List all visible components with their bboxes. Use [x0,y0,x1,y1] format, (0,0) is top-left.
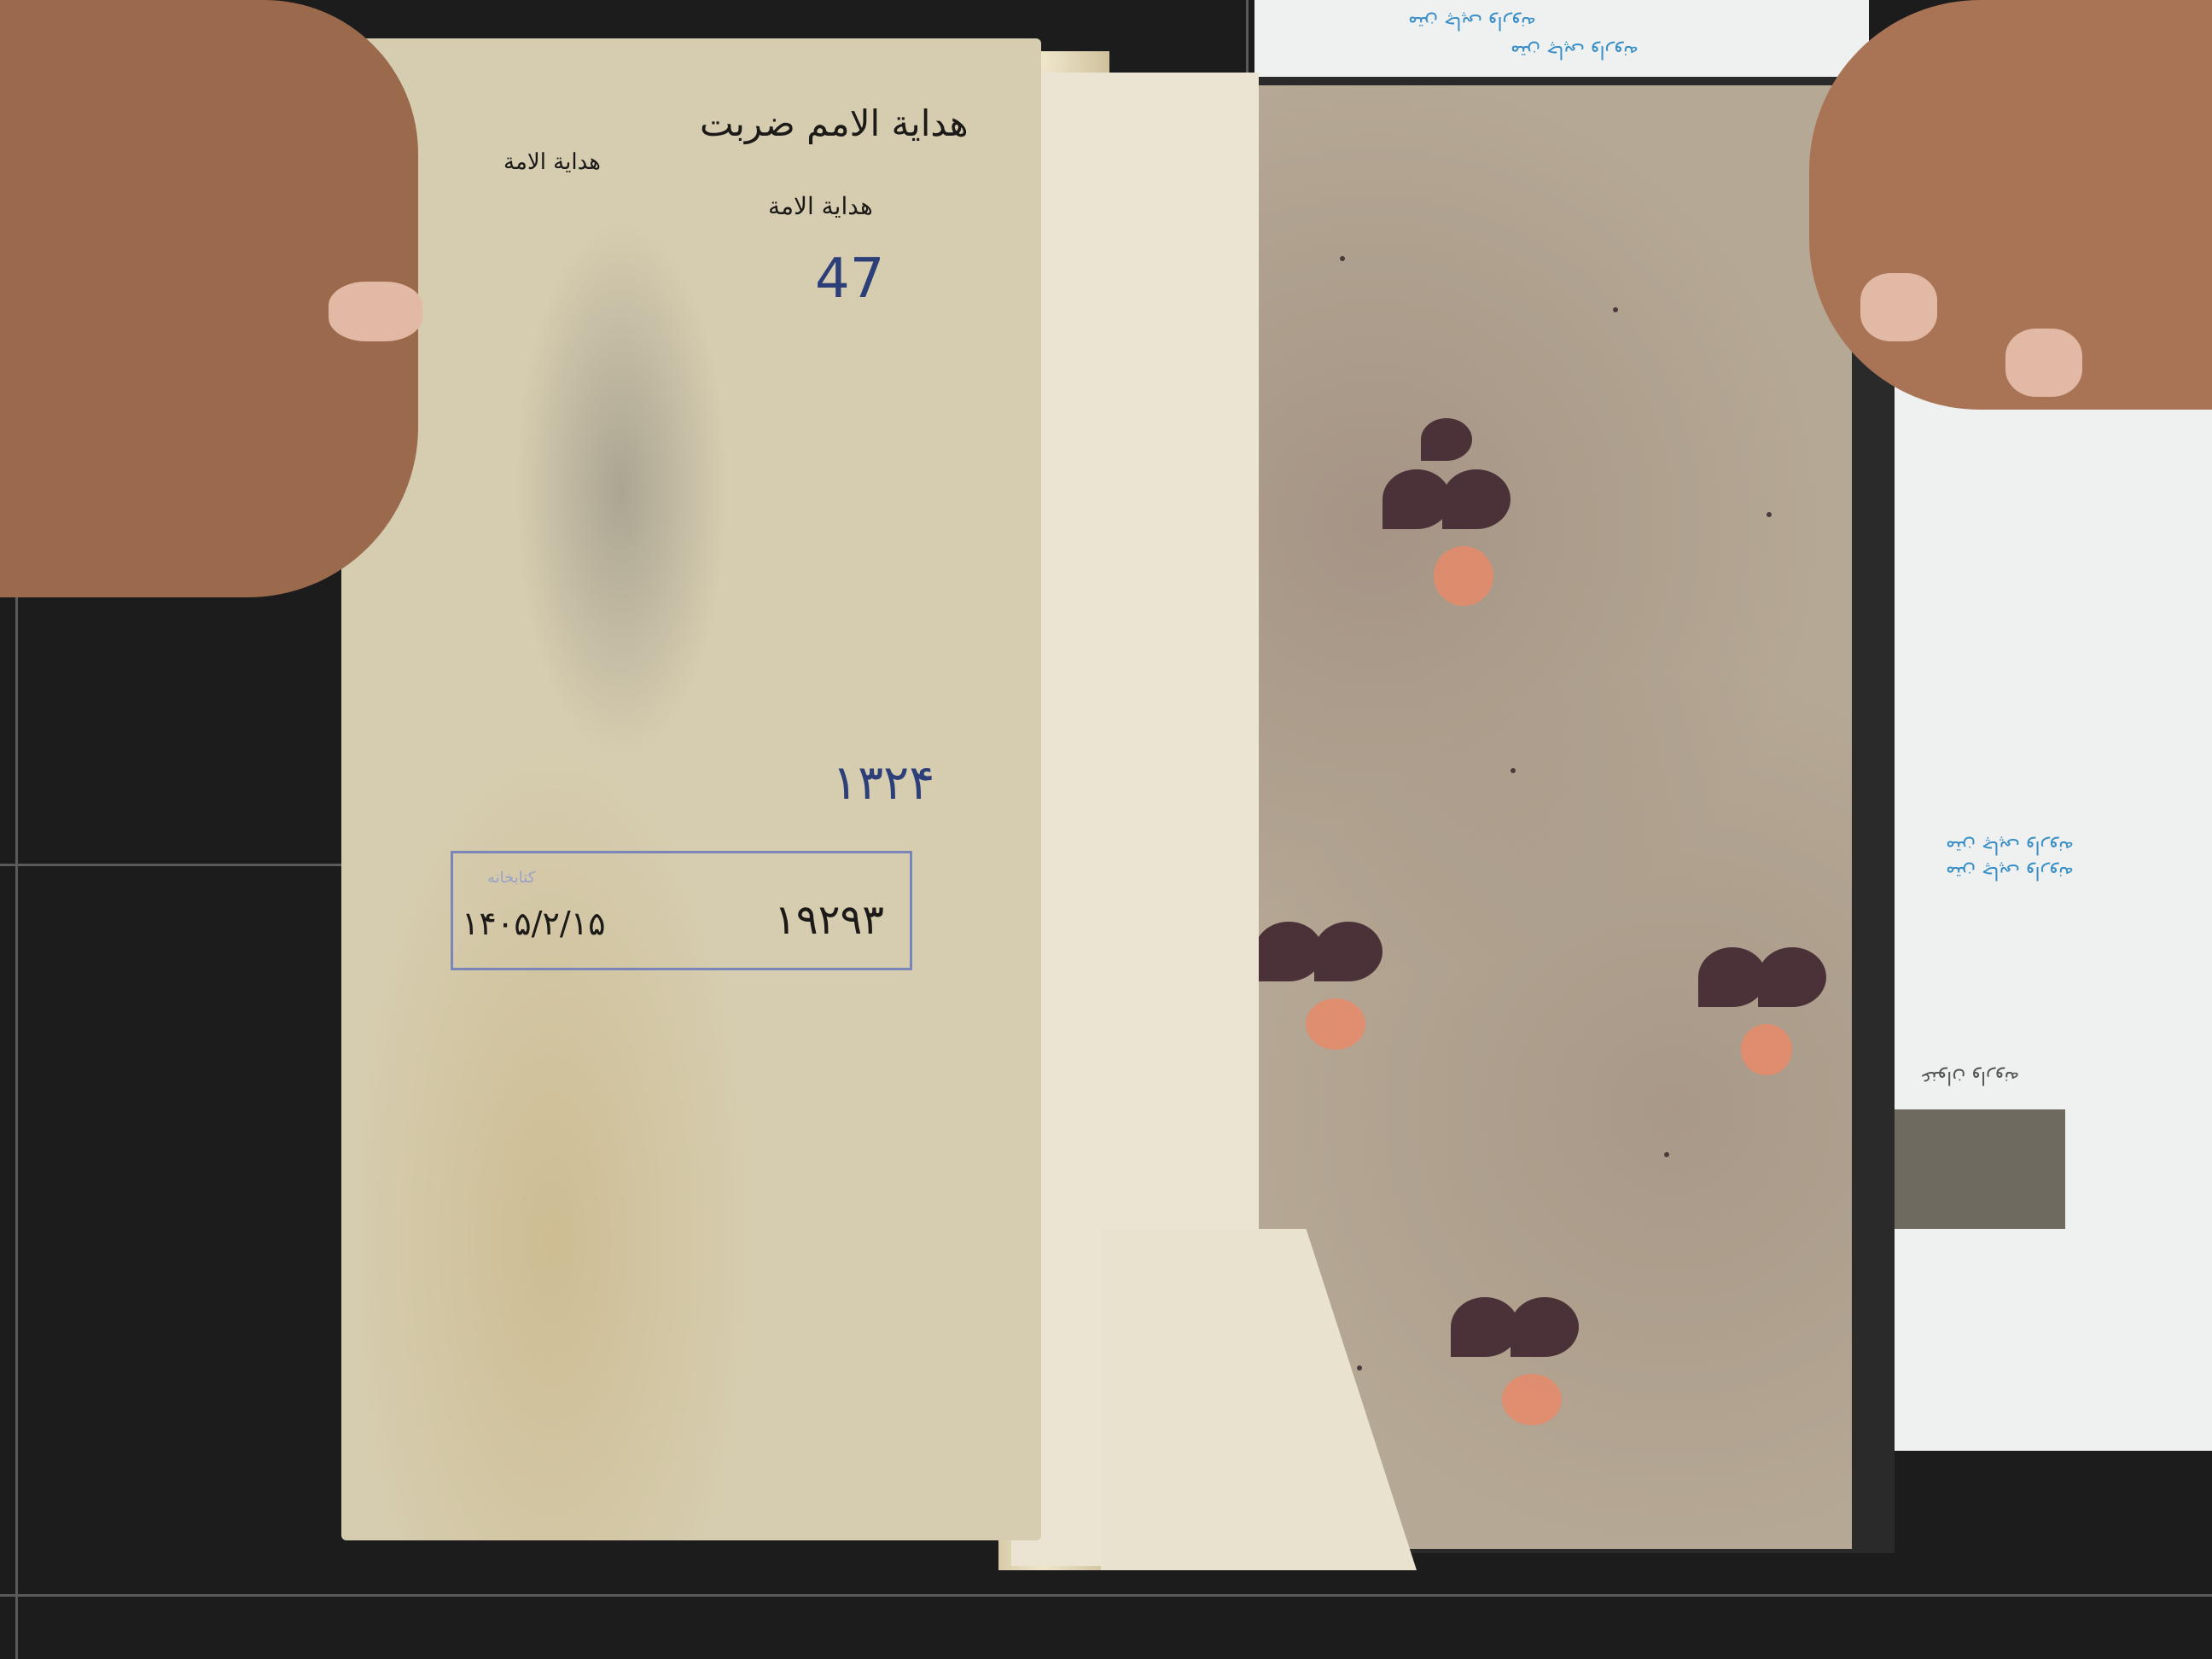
marbled-endpaper [1254,85,1852,1549]
subtitle-inscription: هدایة الامة [768,192,873,220]
left-thumbnail [329,282,422,341]
marbled-flower-motif [1382,418,1519,623]
stamp-date: ۱۴۰۵/۲/۱۵ [462,905,605,942]
printed-line: متن چاپی وارونه [1946,862,2074,883]
marbled-flower-motif [1698,896,1835,1101]
printed-leaflet-top: متن چاپی وارونه متن چاپی وارونه [1254,0,1869,77]
shelf-number: 47 [815,247,884,311]
stamp-header: کتابخانه [487,869,535,887]
printed-line: متن چاپی وارونه [1946,836,2074,858]
grid-line-vertical [1246,0,1249,77]
grid-line-horizontal [0,864,341,866]
marbled-flower-motif [1451,1246,1587,1451]
grid-line-horizontal [0,1594,2212,1597]
stamp-register-number: ۱۹۲۹۳ [774,896,884,944]
title-inscription: هدایة الامم ضربت [700,102,969,144]
marbled-flower-motif [1254,870,1391,1075]
manuscript-page [341,38,1041,1540]
printed-line: متن چاپی وارونه [1408,12,1536,33]
register-number-marginal: ۱۳۲۴ [832,755,934,811]
printed-line: متن چاپی وارونه [1511,41,1639,62]
printed-caption: عنوان وارونه [1920,1067,2019,1088]
right-fingernail [2005,329,2082,397]
top-left-inscription: هدایة الامة [504,149,601,175]
right-fingernail [1860,273,1937,341]
library-stamp: کتابخانه ۱۹۲۹۳ ۱۴۰۵/۲/۱۵ [451,851,912,970]
